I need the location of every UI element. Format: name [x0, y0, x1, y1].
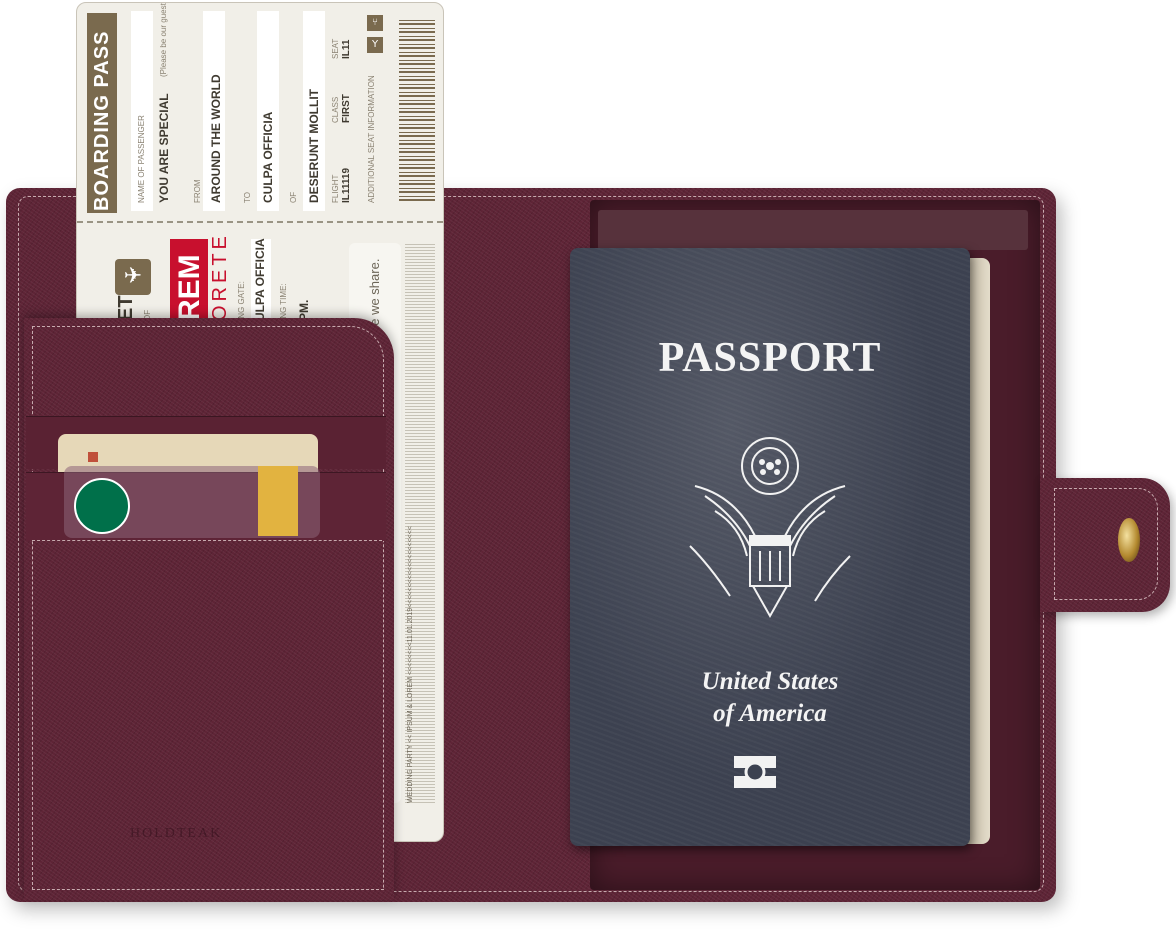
bp-mrz-line: WEDDING PARTY << IPSUM & LOREM <<<<<<<<1… — [407, 526, 414, 803]
bp-flight-label: FLIGHT — [331, 175, 340, 203]
bp-field-note: (Please be our guest) — [159, 2, 168, 77]
bp-seat-label: SEAT — [331, 39, 340, 59]
card-pocket — [24, 318, 394, 900]
boarding-pass-title: BOARDING PASS — [91, 31, 114, 211]
strap-stitching — [1054, 488, 1158, 600]
bp-field-label: NAME OF PASSENGER — [137, 115, 146, 203]
snap-button-icon — [1118, 518, 1140, 562]
card-logo-icon — [88, 452, 98, 462]
bp-additional-label: ADDITIONAL SEAT INFORMATION — [367, 75, 376, 203]
plane-icon: ✈ — [115, 259, 151, 295]
bp-field-label: OF — [289, 192, 298, 203]
bp-field-value: AROUND THE WORLD — [209, 74, 223, 203]
bp-stub-heading: REM — [173, 254, 207, 321]
biometric-chip-icon — [734, 756, 776, 788]
bp-seat-value: IL11 — [341, 40, 352, 59]
passport: PASSPORT United States of America — [570, 248, 970, 846]
bp-field-label: TO — [243, 192, 252, 203]
tear-line — [77, 221, 443, 223]
pocket-stitching — [32, 326, 384, 890]
passport-country-line2: of America — [570, 700, 970, 728]
passport-country-line1: United States — [570, 668, 970, 696]
bp-field-label: FROM — [193, 179, 202, 203]
cutlery-icon: ⑂ — [367, 15, 383, 31]
brand-emboss: HOLDTEAK — [130, 826, 222, 842]
passport-sleeve-top — [598, 210, 1028, 250]
great-seal-icon — [675, 426, 865, 626]
cocktail-icon: Y — [367, 37, 383, 53]
bp-flight-value: IL11119 — [341, 168, 352, 203]
bp-class-value: FIRST — [341, 94, 352, 123]
bp-field-value: DESERUNT MOLLIT — [307, 89, 321, 203]
bp-class-label: CLASS — [331, 97, 340, 123]
passport-title: PASSPORT — [570, 334, 970, 382]
barcode — [399, 17, 435, 201]
bp-gate-label: ING GATE: — [237, 281, 246, 321]
bp-time-label: ING TIME: — [279, 283, 288, 321]
closure-strap — [1040, 478, 1170, 612]
bp-stub-subheading: ORETE — [209, 232, 232, 321]
bp-gate-value: ULPA OFFICIA — [253, 238, 267, 321]
starbucks-logo-icon — [74, 478, 130, 534]
bp-field-value: YOU ARE SPECIAL — [157, 93, 171, 203]
bp-field-value: CULPA OFFICIA — [261, 112, 275, 203]
card-gold-tab — [258, 466, 298, 536]
